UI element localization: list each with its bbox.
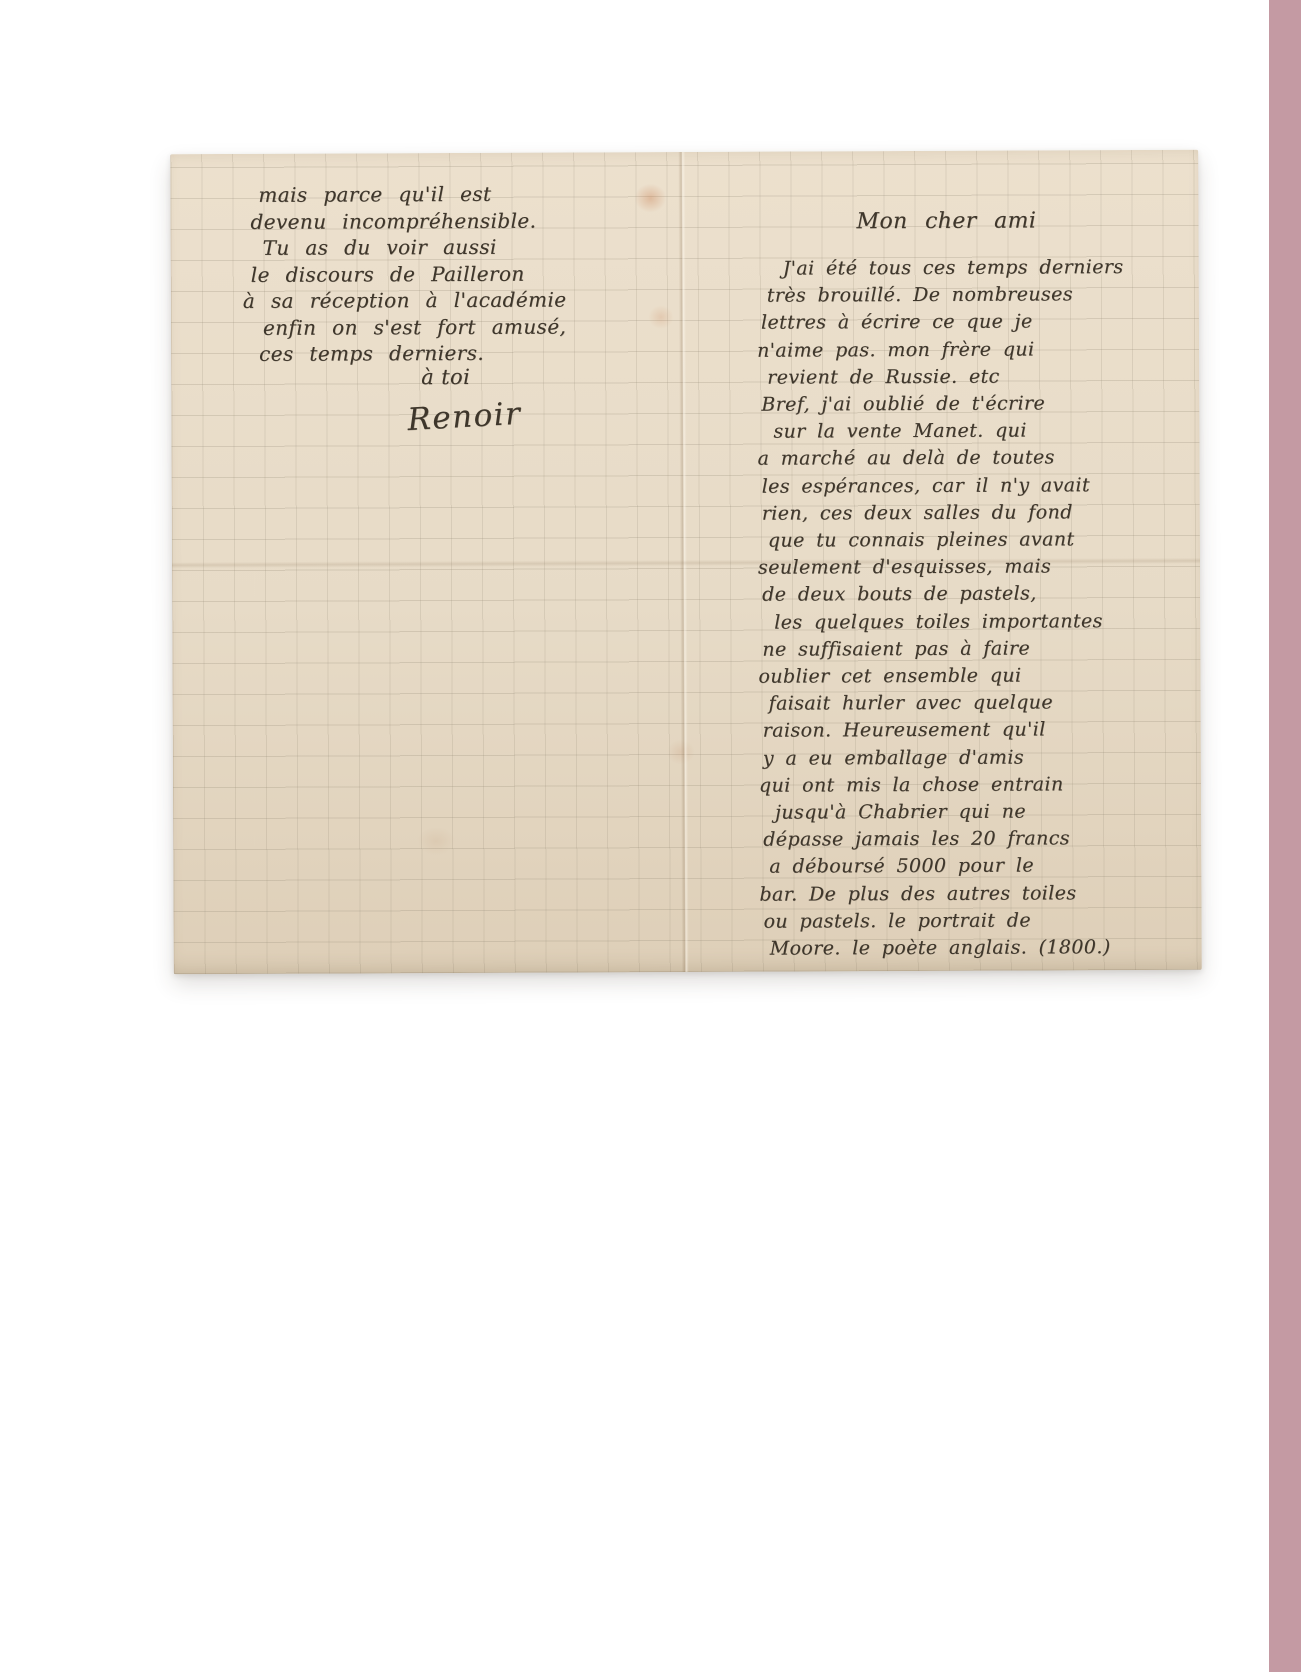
handwriting-line: Bref, j'ai oublié de t'écrire: [761, 390, 1141, 419]
handwriting-line: n'aime pas. mon frère qui: [757, 336, 1141, 365]
signature: Renoir: [406, 396, 522, 438]
pink-accent-bar: [1269, 0, 1301, 1672]
handwriting-line: Tu as du voir aussi: [263, 234, 567, 262]
handwriting-line: ne suffisaient pas à faire: [762, 635, 1142, 664]
handwriting-line: ces temps derniers.: [259, 340, 567, 368]
right-page-text: J'ai été tous ces temps dernierstrès bro…: [761, 254, 1144, 963]
handwriting-line: à sa réception à l'académie: [243, 287, 567, 315]
handwriting-line: J'ai été tous ces temps derniers: [783, 254, 1141, 283]
handwriting-line: a déboursé 5000 pour le: [769, 852, 1143, 881]
handwriting-line: sur la vente Manet. qui: [773, 417, 1141, 446]
foxing-stain: [409, 821, 463, 861]
handwriting-line: Moore. le poète anglais. (1800.): [770, 934, 1144, 963]
handwriting-line: dépasse jamais les 20 francs: [763, 825, 1143, 854]
handwriting-line: seulement d'esquisses, mais: [758, 553, 1142, 582]
letter-photo: mais parce qu'il estdevenu incompréhensi…: [170, 150, 1202, 974]
handwriting-line: jusqu'à Chabrier qui ne: [775, 798, 1143, 827]
handwriting-line: oublier cet ensemble qui: [758, 662, 1142, 691]
handwriting-line: les espérances, car il n'y avait: [762, 472, 1142, 501]
handwriting-line: que tu connais pleines avant: [768, 526, 1142, 555]
handwriting-line: raison. Heureusement qu'il: [763, 716, 1143, 745]
handwriting-line: qui ont mis la chose entrain: [759, 771, 1143, 800]
handwriting-line: ou pastels. le portrait de: [764, 907, 1144, 936]
handwriting-line: mais parce qu'il est: [258, 181, 566, 209]
handwriting-line: de deux bouts de pastels,: [762, 580, 1142, 609]
handwriting-line: y a eu emballage d'amis: [763, 744, 1143, 773]
handwriting-line: le discours de Pailleron: [251, 260, 567, 288]
handwriting-line: les quelques toiles importantes: [774, 608, 1142, 637]
handwriting-line: bar. De plus des autres toiles: [759, 880, 1143, 909]
handwriting-line: enfin on s'est fort amusé,: [263, 313, 567, 341]
foxing-stain: [643, 300, 679, 334]
handwriting-line: a marché au delà de toutes: [757, 444, 1141, 473]
handwriting-line: lettres à écrire ce que je: [761, 308, 1141, 337]
handwriting-line: rien, ces deux salles du fond: [762, 499, 1142, 528]
foxing-stain: [628, 178, 672, 218]
left-page-text: mais parce qu'il estdevenu incompréhensi…: [258, 181, 566, 368]
handwriting-line: très brouillé. De nombreuses: [767, 281, 1141, 310]
catalog-page: mais parce qu'il estdevenu incompréhensi…: [0, 0, 1301, 1672]
handwriting-line: devenu incompréhensible.: [250, 207, 566, 235]
handwriting-line: revient de Russie. etc: [767, 363, 1141, 392]
closing-line: à toi: [421, 365, 470, 389]
handwriting-line: faisait hurler avec quelque: [769, 689, 1143, 718]
salutation-line: Mon cher ami: [856, 208, 1036, 234]
